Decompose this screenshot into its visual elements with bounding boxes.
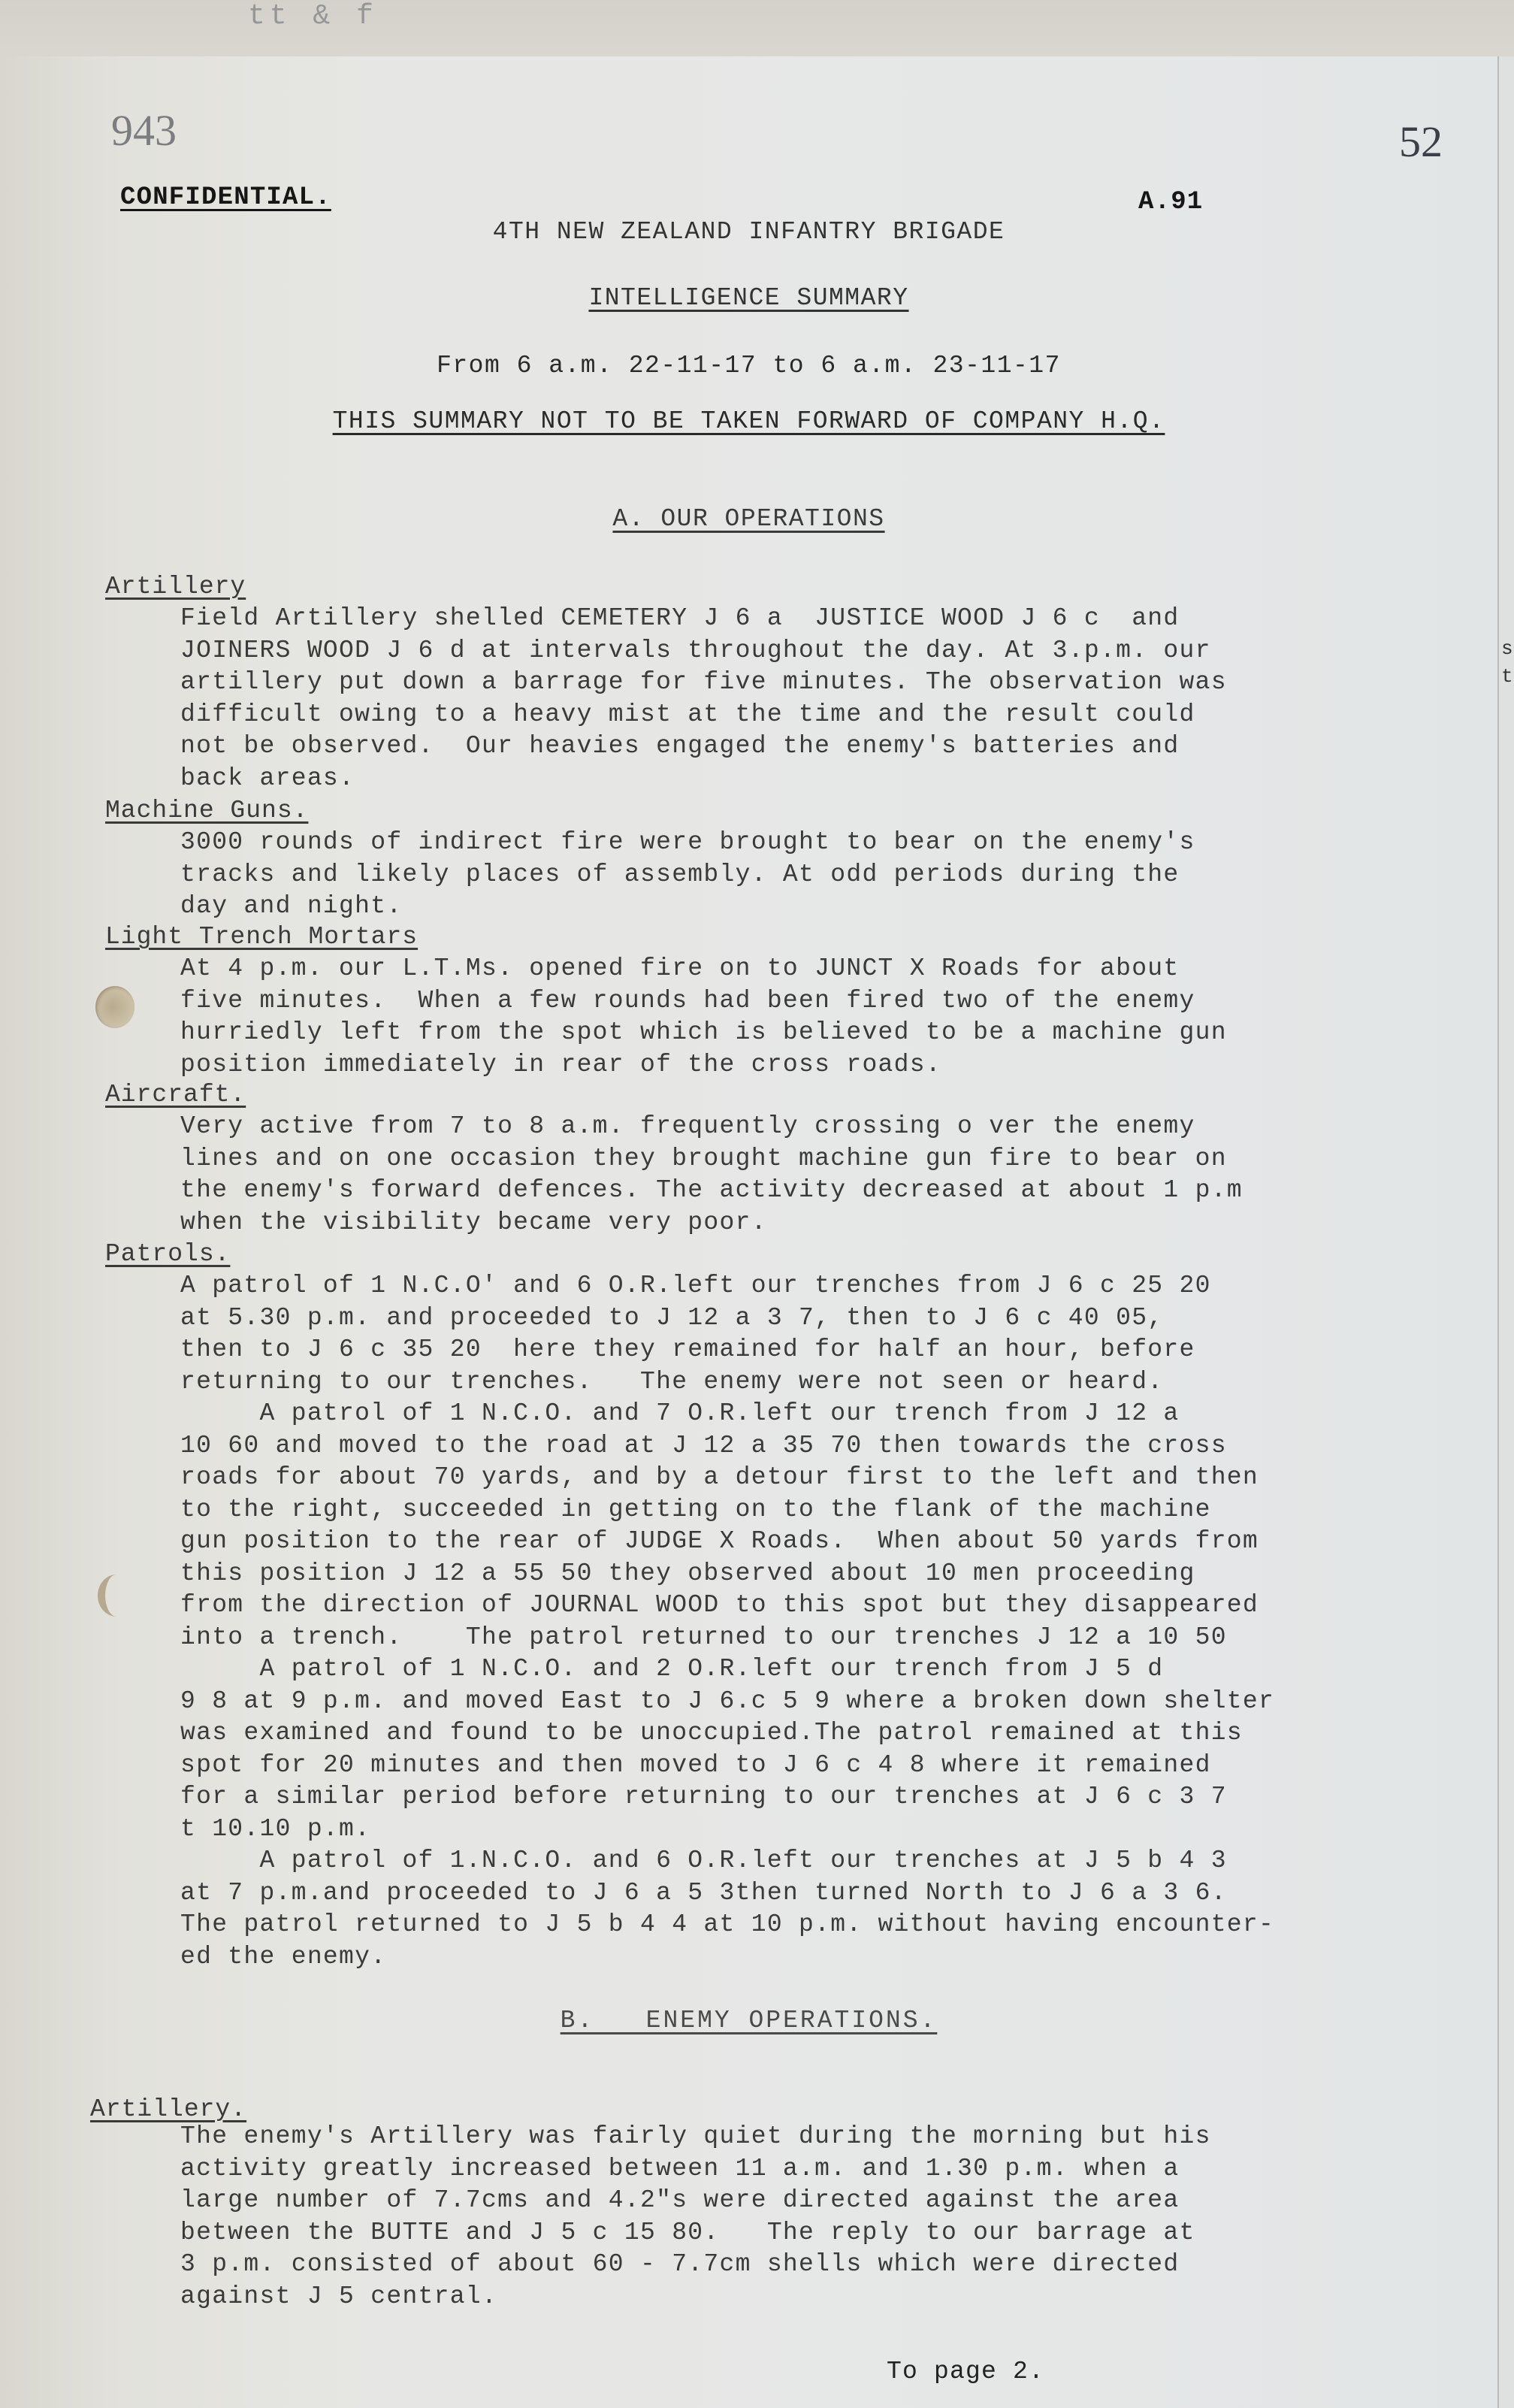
folio-number: 52 [1399,116,1443,167]
subsection-body-patrols: A patrol of 1 N.C.O' and 6 O.R.left our … [180,1270,1488,1973]
text-line: position immediately in rear of the cros… [180,1049,1488,1081]
text-line: five minutes. When a few rounds had been… [180,985,1488,1018]
text-line: A patrol of 1 N.C.O' and 6 O.R.left our … [180,1270,1488,1302]
text-line: A patrol of 1.N.C.O. and 6 O.R.left our … [180,1845,1488,1877]
text-line: when the visibility became very poor. [180,1207,1488,1239]
text-line: this position J 12 a 55 50 they observed… [180,1558,1488,1590]
subsection-label-light-trench-mortars: Light Trench Mortars [105,921,418,953]
text-line: 3000 rounds of indirect fire were brough… [180,827,1488,859]
text-line: was examined and found to be unoccupied.… [180,1717,1488,1750]
text-line: Very active from 7 to 8 a.m. frequently … [180,1111,1488,1143]
margin-mark: s [1501,637,1513,660]
subsection-body-enemy-artillery: The enemy's Artillery was fairly quiet d… [180,2121,1488,2313]
reporting-period: From 6 a.m. 22-11-17 to 6 a.m. 23-11-17 [0,352,1497,380]
text-line: difficult owing to a heavy mist at the t… [180,699,1488,731]
unit-name: 4TH NEW ZEALAND INFANTRY BRIGADE [0,218,1497,246]
document-title: INTELLIGENCE SUMMARY [0,284,1497,312]
subsection-label-machine-guns: Machine Guns. [105,795,308,827]
handwritten-scribble: tt & f [248,0,378,32]
text-line: The enemy's Artillery was fairly quiet d… [180,2121,1488,2153]
text-line: hurriedly left from the spot which is be… [180,1017,1488,1049]
text-line: artillery put down a barrage for five mi… [180,667,1488,699]
text-line: into a trench. The patrol returned to ou… [180,1622,1488,1654]
punch-hole-icon [95,986,134,1028]
text-line: At 4 p.m. our L.T.Ms. opened fire on to … [180,953,1488,985]
text-line: tracks and likely places of assembly. At… [180,859,1488,891]
text-line: from the direction of JOURNAL WOOD to th… [180,1590,1488,1622]
section-b-heading: B. ENEMY OPERATIONS. [0,2007,1497,2034]
section-a-heading: A. OUR OPERATIONS [0,505,1497,533]
subsection-label-aircraft: Aircraft. [105,1079,246,1111]
margin-mark: t [1501,665,1513,688]
reference-number: A.91 [1138,186,1203,218]
text-line: at 7 p.m.and proceeded to J 6 a 5 3then … [180,1877,1488,1910]
text-line: 9 8 at 9 p.m. and moved East to J 6.c 5 … [180,1686,1488,1718]
archive-number: 943 [111,105,177,156]
text-line: the enemy's forward defences. The activi… [180,1175,1488,1207]
text-line: JOINERS WOOD J 6 d at intervals througho… [180,635,1488,667]
text-line: at 5.30 p.m. and proceeded to J 12 a 3 7… [180,1302,1488,1335]
text-line: gun position to the rear of JUDGE X Road… [180,1526,1488,1558]
text-line: large number of 7.7cms and 4.2"s were di… [180,2185,1488,2217]
adjacent-page-edge [1499,56,1514,2408]
text-line: not be observed. Our heavies engaged the… [180,731,1488,763]
subsection-body-light-trench-mortars: At 4 p.m. our L.T.Ms. opened fire on to … [180,953,1488,1081]
text-line: The patrol returned to J 5 b 4 4 at 10 p… [180,1909,1488,1941]
text-line: against J 5 central. [180,2281,1488,2313]
text-line: for a similar period before returning to… [180,1781,1488,1814]
text-line: to the right, succeeded in getting on to… [180,1494,1488,1526]
text-line: 3 p.m. consisted of about 60 - 7.7cm she… [180,2249,1488,2281]
text-line: back areas. [180,763,1488,795]
text-line: between the BUTTE and J 5 c 15 80. The r… [180,2217,1488,2249]
text-line: roads for about 70 yards, and by a detou… [180,1462,1488,1494]
text-line: activity greatly increased between 11 a.… [180,2153,1488,2186]
text-line: A patrol of 1 N.C.O. and 2 O.R.left our … [180,1653,1488,1686]
text-line: A patrol of 1 N.C.O. and 7 O.R.left our … [180,1398,1488,1430]
subsection-body-artillery: Field Artillery shelled CEMETERY J 6 a J… [180,603,1488,794]
text-line: Field Artillery shelled CEMETERY J 6 a J… [180,603,1488,635]
text-line: t 10.10 p.m. [180,1814,1488,1846]
text-line: spot for 20 minutes and then moved to J … [180,1750,1488,1782]
text-line: then to J 6 c 35 20 here they remained f… [180,1334,1488,1366]
text-line: returning to our trenches. The enemy wer… [180,1366,1488,1399]
text-line: lines and on one occasion they brought m… [180,1143,1488,1175]
text-line: ed the enemy. [180,1941,1488,1974]
subsection-label-patrols: Patrols. [105,1239,230,1270]
distribution-restriction: THIS SUMMARY NOT TO BE TAKEN FORWARD OF … [0,407,1497,435]
subsection-body-machine-guns: 3000 rounds of indirect fire were brough… [180,827,1488,923]
classification-label: CONFIDENTIAL. [120,182,331,213]
subsection-label-artillery: Artillery [105,571,246,603]
punch-hole-icon [98,1575,135,1617]
text-line: 10 60 and moved to the road at J 12 a 35… [180,1430,1488,1463]
text-line: day and night. [180,891,1488,923]
subsection-body-aircraft: Very active from 7 to 8 a.m. frequently … [180,1111,1488,1239]
continuation-note: To page 2. [887,2356,1044,2388]
